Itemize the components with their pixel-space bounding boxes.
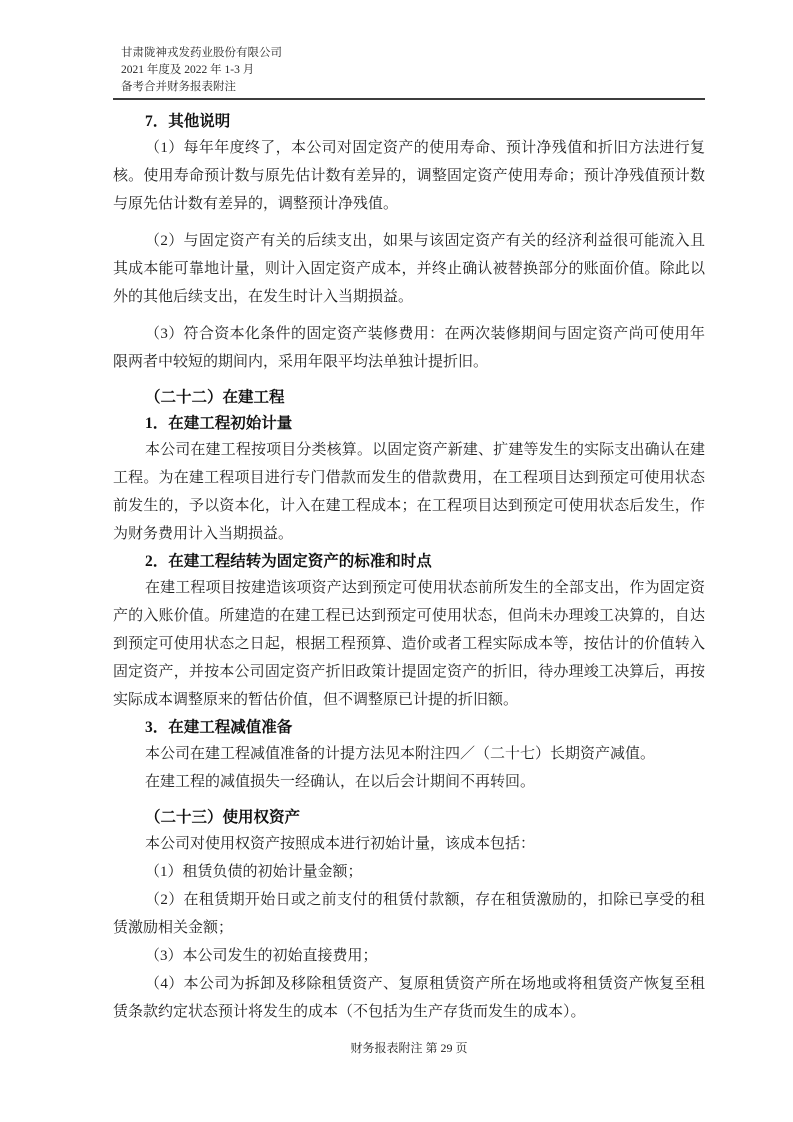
paragraph: （1）每年年度终了，本公司对固定资产的使用寿命、预计净残值和折旧方法进行复核。使… xyxy=(113,134,705,218)
paragraph: （4）本公司为拆卸及移除租赁资产、复原租赁资产所在场地或将租赁资产恢复至租赁条款… xyxy=(113,970,705,1026)
paragraph: 本公司在建工程按项目分类核算。以固定资产新建、扩建等发生的实际支出确认在建工程。… xyxy=(113,436,705,548)
paragraph: （3）本公司发生的初始直接费用； xyxy=(113,942,705,970)
section-heading: 7．其他说明 xyxy=(113,110,705,134)
paragraph: 本公司在建工程减值准备的计提方法见本附注四／（二十七）长期资产减值。 xyxy=(113,740,705,768)
paragraph: 在建工程项目按建造该项资产达到预定可使用状态前所发生的全部支出，作为固定资产的入… xyxy=(113,574,705,714)
paragraph: （1）租赁负债的初始计量金额； xyxy=(113,858,705,886)
paragraph: （3）符合资本化条件的固定资产装修费用：在两次装修期间与固定资产尚可使用年限两者… xyxy=(113,320,705,376)
company-name: 甘肃陇神戎发药业股份有限公司 xyxy=(121,45,705,62)
report-period: 2021 年度及 2022 年 1-3 月 xyxy=(121,62,705,79)
paragraph: （2）在租赁期开始日或之前支付的租赁付款额，存在租赁激励的，扣除已享受的租赁激励… xyxy=(113,886,705,942)
page-footer: 财务报表附注 第 29 页 xyxy=(113,1040,705,1056)
document-body: 7．其他说明（1）每年年度终了，本公司对固定资产的使用寿命、预计净残值和折旧方法… xyxy=(113,110,705,1026)
paragraph: 在建工程的减值损失一经确认，在以后会计期间不再转回。 xyxy=(113,768,705,796)
paragraph: （2）与固定资产有关的后续支出，如果与该固定资产有关的经济利益很可能流入且其成本… xyxy=(113,227,705,311)
report-title: 备考合并财务报表附注 xyxy=(121,79,705,96)
section-heading: 2．在建工程结转为固定资产的标准和时点 xyxy=(113,550,705,574)
section-heading: （二十二）在建工程 xyxy=(113,386,705,410)
section-heading: （二十三）使用权资产 xyxy=(113,806,705,830)
document-page: 甘肃陇神戎发药业股份有限公司 2021 年度及 2022 年 1-3 月 备考合… xyxy=(0,0,793,1122)
document-header: 甘肃陇神戎发药业股份有限公司 2021 年度及 2022 年 1-3 月 备考合… xyxy=(113,45,705,100)
paragraph: 本公司对使用权资产按照成本进行初始计量，该成本包括： xyxy=(113,830,705,858)
section-heading: 1．在建工程初始计量 xyxy=(113,412,705,436)
section-heading: 3．在建工程减值准备 xyxy=(113,716,705,740)
